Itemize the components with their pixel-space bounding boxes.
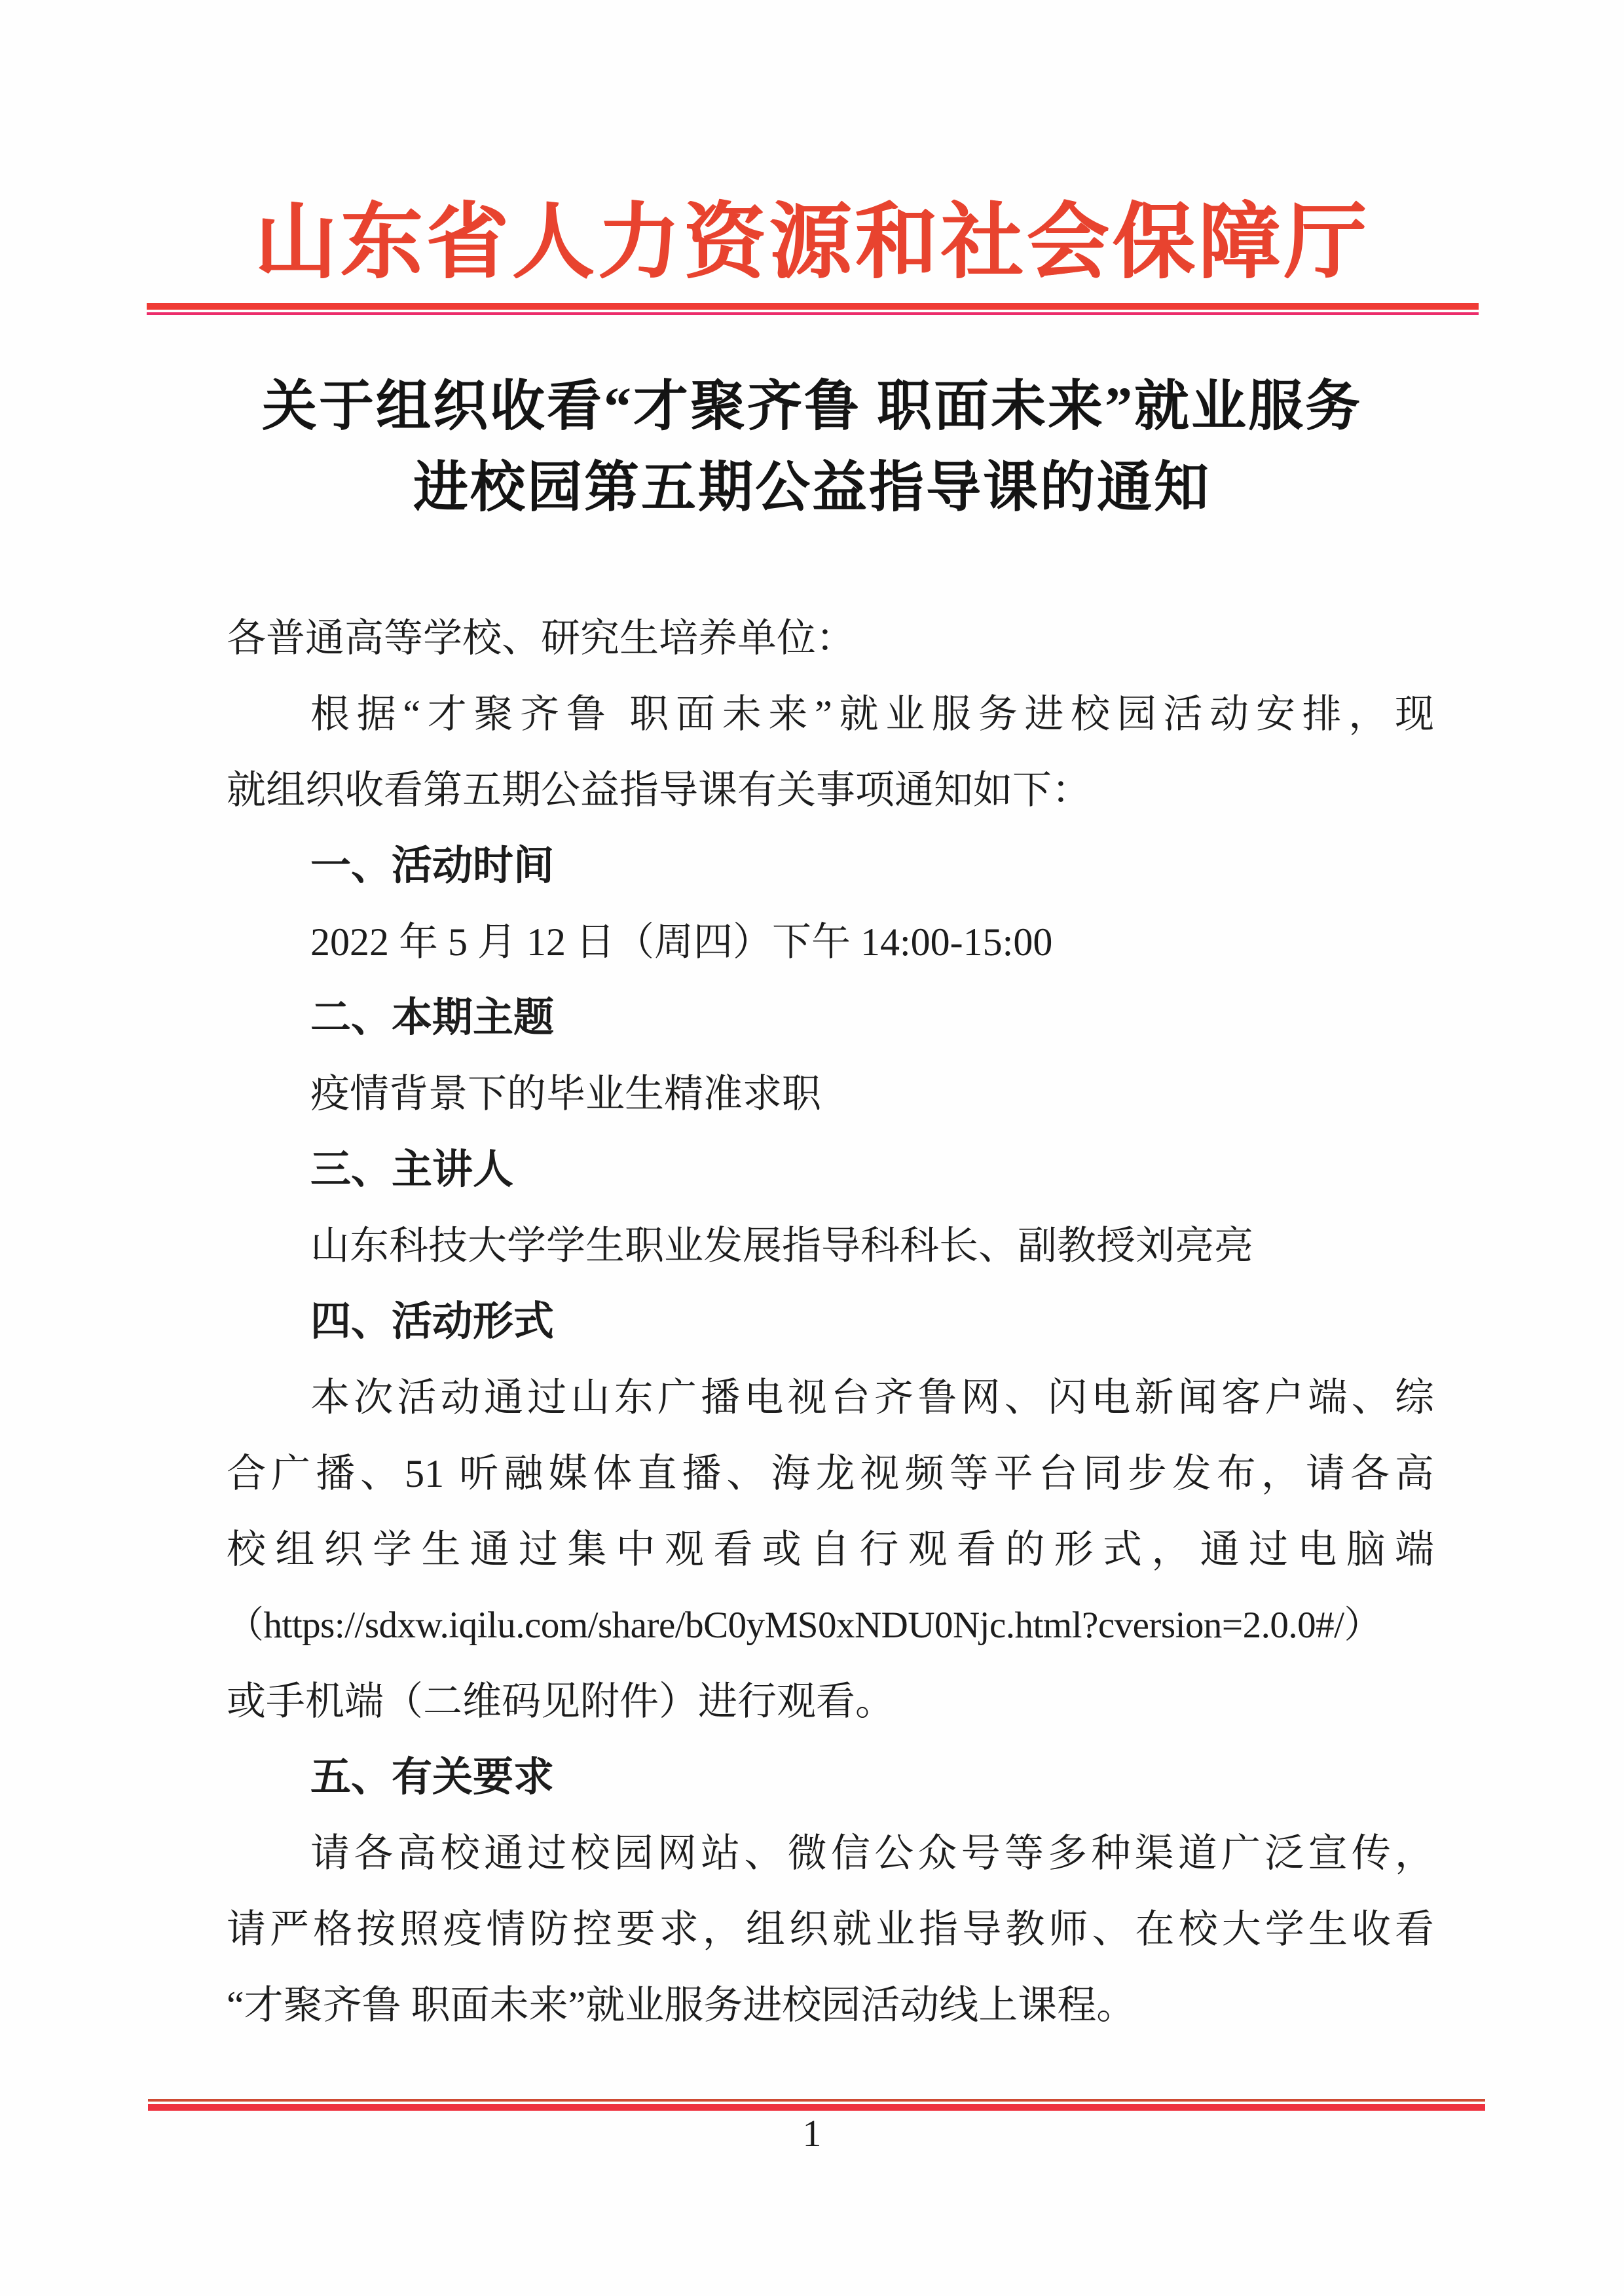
body-line: 校组织学生通过集中观看或自行观看的形式，通过电脑端 (227, 1512, 1434, 1588)
body-line: 各普通高等学校、研究生培养单位： (227, 600, 1434, 676)
page-number: 1 (0, 2113, 1624, 2154)
document-body: 各普通高等学校、研究生培养单位：根据“才聚齐鲁 职面未来”就业服务进校园活动安排… (227, 600, 1434, 2043)
body-line: 请各高校通过校园网站、微信公众号等多种渠道广泛宣传， (227, 1815, 1434, 1891)
body-line: 三、主讲人 (227, 1132, 1434, 1208)
body-line: 根据“才聚齐鲁 职面未来”就业服务进校园活动安排，现 (227, 676, 1434, 752)
body-line: 或手机端（二维码见附件）进行观看。 (227, 1664, 1434, 1740)
body-line: 疫情背景下的毕业生精准求职 (227, 1056, 1434, 1132)
body-line: 山东科技大学学生职业发展指导科科长、副教授刘亮亮 (227, 1208, 1434, 1284)
document-title: 关于组织收看“才聚齐鲁 职面未来”就业服务 进校园第五期公益指导课的通知 (0, 367, 1624, 529)
body-line: 就组织收看第五期公益指导课有关事项通知如下： (227, 752, 1434, 828)
document-page: 山东省人力资源和社会保障厅 关于组织收看“才聚齐鲁 职面未来”就业服务 进校园第… (0, 0, 1624, 2296)
document-title-line2: 进校园第五期公益指导课的通知 (0, 448, 1624, 529)
body-line: 请严格按照疫情防控要求，组织就业指导教师、在校大学生收看 (227, 1891, 1434, 1967)
letterhead-rule-thin (147, 312, 1479, 315)
footer-rule-thin (148, 2099, 1485, 2102)
footer-rule-thick (148, 2104, 1485, 2111)
body-line: 五、有关要求 (227, 1740, 1434, 1815)
letterhead-title: 山东省人力资源和社会保障厅 (0, 194, 1624, 293)
body-line: 2022 年 5 月 12 日（周四）下午 14:00-15:00 (227, 904, 1434, 980)
body-line: （https://sdxw.iqilu.com/share/bC0yMS0xND… (227, 1588, 1434, 1664)
body-line: 二、本期主题 (227, 980, 1434, 1056)
body-line: 一、活动时间 (227, 828, 1434, 904)
letterhead-rule-thick (147, 303, 1479, 310)
document-title-line1: 关于组织收看“才聚齐鲁 职面未来”就业服务 (0, 367, 1624, 448)
body-line: “才聚齐鲁 职面未来”就业服务进校园活动线上课程。 (227, 1967, 1434, 2043)
body-line: 合广播、51 听融媒体直播、海龙视频等平台同步发布，请各高 (227, 1436, 1434, 1512)
body-line: 四、活动形式 (227, 1284, 1434, 1360)
body-line: 本次活动通过山东广播电视台齐鲁网、闪电新闻客户端、综 (227, 1360, 1434, 1436)
